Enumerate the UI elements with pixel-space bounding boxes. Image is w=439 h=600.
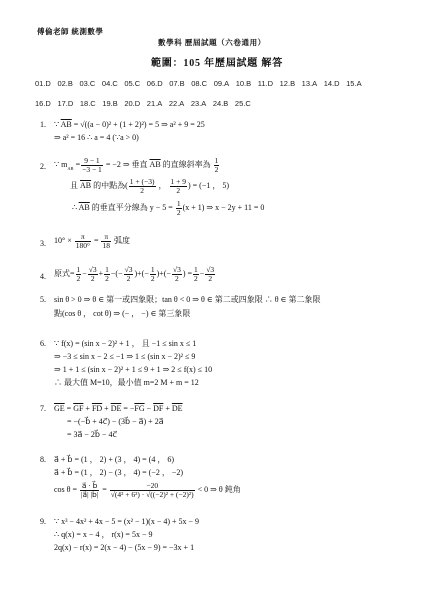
answer-item: 16.D — [35, 99, 51, 108]
problem-number: 9. — [40, 518, 46, 526]
text: 且 — [70, 181, 80, 190]
denominator: 2 — [193, 275, 199, 283]
segment: FD — [92, 404, 102, 413]
answer-item: 15.A — [346, 79, 361, 88]
text: 弧度 — [112, 236, 130, 245]
denominator: 2 — [176, 209, 182, 217]
text: − — [82, 269, 87, 278]
text: ∵ m — [54, 160, 67, 169]
text: = −2 ⇒ 垂直 — [104, 160, 150, 169]
text: < 0 ⇒ θ 鈍角 — [196, 485, 241, 494]
problem-number: 2. — [40, 163, 46, 171]
fraction: 12 — [104, 266, 110, 283]
text: 原式= — [54, 269, 75, 278]
denominator: 2 — [214, 166, 220, 174]
denominator: 2 — [76, 275, 82, 283]
teacher-header: 傅倫老師 統測數學 — [37, 26, 103, 37]
answer-item: 17.D — [57, 99, 73, 108]
denominator: 2 — [150, 275, 156, 283]
problem-number: 8. — [40, 456, 46, 464]
answer-item: 02.B — [57, 79, 72, 88]
problem-number: 7. — [40, 405, 46, 413]
problem-number: 3. — [40, 240, 46, 248]
answer-item: 07.B — [169, 79, 184, 88]
fraction: √32 — [205, 266, 215, 283]
answer-item: 01.D — [35, 79, 51, 88]
segment-ab: AB — [61, 120, 72, 129]
fraction: 1 + (−3)2 — [129, 178, 156, 195]
problem-number: 5. — [40, 296, 46, 304]
segment: DE — [111, 404, 122, 413]
text: 的直線斜率為 — [161, 160, 213, 169]
fraction: 9 − 1−3 − 1 — [81, 157, 103, 174]
answer-item: 14.D — [324, 79, 340, 88]
text: − — [200, 269, 205, 278]
answer-item: 12.B — [280, 79, 295, 88]
denominator: −3 − 1 — [81, 166, 103, 174]
answer-item: 23.A — [191, 99, 206, 108]
text: = — [100, 485, 109, 494]
solution-line: ⇒ −3 ≤ sin x − 2 ≤ −1 ⇒ 1 ≤ (sin x − 2)²… — [54, 353, 195, 361]
answer-item: 18.C — [80, 99, 96, 108]
fraction: 12 — [193, 266, 199, 283]
fraction: 1 + 92 — [170, 178, 187, 195]
solution-line: ∴ q(x) = x − 4 ， r(x) = 5x − 9 — [54, 531, 152, 539]
fraction: √32 — [88, 266, 98, 283]
solution-line: ∴ AB 的垂直平分線為 y − 5 = 12(x + 1) ⇒ x − 2y … — [72, 200, 264, 217]
text: = — [92, 236, 101, 245]
fraction: √32 — [124, 266, 134, 283]
fraction: a⃗ · b⃗|a⃗| |b⃗| — [80, 482, 99, 499]
segment-ab: AB — [79, 203, 90, 212]
text: + — [102, 404, 111, 413]
segment-ab: AB — [150, 160, 161, 169]
denominator: √(4² + 6²) · √((−2)² + (−2)²) — [110, 491, 195, 499]
text: 的垂直平分線為 y − 5 = — [90, 203, 175, 212]
answer-item: 05.C — [124, 79, 140, 88]
solution-line: 點(cos θ ， cot θ) ⇒ (− ， −) ∈ 第三象限 — [54, 310, 190, 318]
text: ) = — [183, 269, 192, 278]
text: )+(− — [157, 269, 171, 278]
text: ∵ — [54, 120, 61, 129]
fraction: π18 — [101, 233, 111, 250]
problem-number: 4. — [40, 273, 46, 281]
answer-key-row-1: 01.D02.B03.C04.C05.C06.D07.B08.C09.A10.B… — [35, 79, 368, 88]
solution-line: a⃗ + b⃗ = (1 ， 2) − (3 ， 4) = (−2 ， −2) — [54, 469, 183, 477]
subscript: AB — [67, 166, 73, 171]
solution-line: a⃗ + b⃗ = (1 ， 2) + (3 ， 4) = (4 ， 6) — [54, 456, 174, 464]
answer-item: 06.D — [147, 79, 163, 88]
solution-line: ∵ x³ − 4x² + 4x − 5 = (x² − 1)(x − 4) + … — [54, 518, 199, 526]
segment: FG — [134, 404, 144, 413]
solution-line: ∵ f(x) = (sin x − 2)² + 1 ， 且 −1 ≤ sin x… — [54, 340, 196, 348]
fraction: 12 — [214, 157, 220, 174]
fraction: −20√(4² + 6²) · √((−2)² + (−2)²) — [110, 482, 195, 499]
answer-item: 11.D — [258, 79, 273, 88]
answer-item: 09.A — [214, 79, 229, 88]
solution-line: GE = GF + FD + DE = −FG − DF + DE — [54, 405, 183, 413]
denominator: 2 — [88, 275, 98, 283]
answer-item: 04.C — [102, 79, 118, 88]
segment: DF — [153, 404, 163, 413]
answer-item: 03.C — [79, 79, 95, 88]
answer-item: 24.B — [213, 99, 228, 108]
denominator: 2 — [124, 275, 134, 283]
text: + — [163, 404, 172, 413]
text: 的中點為( — [91, 181, 128, 190]
answer-item: 10.B — [236, 79, 251, 88]
problem-number: 1. — [40, 121, 46, 129]
fraction: π180° — [75, 233, 91, 250]
text: = — [65, 404, 74, 413]
solution-line: ∵ AB = √((a − 0)² + (1 + 2)²) = 5 ⇒ a² +… — [54, 121, 205, 129]
segment: GE — [54, 404, 65, 413]
solution-line: ⇒ a² = 16 ∴ a = 4 (∵a > 0) — [54, 134, 139, 142]
segment: DE — [172, 404, 183, 413]
solution-line: 2q(x) − r(x) = 2(x − 4) − (5x − 9) = −3x… — [54, 544, 194, 552]
text: 10° × — [54, 236, 74, 245]
answer-key-row-2: 16.D17.D18.C19.B20.D21.A22.A23.A24.B25.C — [35, 99, 257, 108]
text: cos θ = — [54, 485, 79, 494]
scope-title: 範圍：105 年歷屆試題 解答 — [151, 54, 283, 69]
text: ∴ — [72, 203, 79, 212]
answer-item: 25.C — [235, 99, 251, 108]
subject-title: 數學科 歷屆試題（六卷通用） — [158, 37, 266, 48]
fraction: √32 — [172, 266, 182, 283]
solution-line: 原式=12−√32+12−(−√32)+(−12)+(−√32) =12−√32 — [54, 266, 216, 283]
answer-item: 08.C — [191, 79, 207, 88]
denominator: 2 — [172, 275, 182, 283]
denominator: 18 — [101, 242, 111, 250]
solution-line: 10° × π180° = π18 弧度 — [54, 233, 130, 250]
text: = − — [121, 404, 134, 413]
solution-line: cos θ = a⃗ · b⃗|a⃗| |b⃗| = −20√(4² + 6²)… — [54, 482, 241, 499]
text: + — [83, 404, 92, 413]
text: − — [145, 404, 154, 413]
answer-item: 19.B — [102, 99, 117, 108]
text: = √((a − 0)² + (1 + 2)²) = 5 ⇒ a² + 9 = … — [72, 120, 205, 129]
answer-item: 22.A — [169, 99, 184, 108]
solution-line: ⇒ 1 + 1 ≤ (sin x − 2)² + 1 ≤ 9 + 1 ⇒ 2 ≤… — [54, 366, 212, 374]
segment: GF — [73, 404, 83, 413]
solution-line: = −(−b⃗ + 4c⃗) − (3b⃗ − a⃗) + 2a⃗ — [67, 418, 164, 426]
denominator: 2 — [129, 187, 156, 195]
solution-line: 且 AB 的中點為(1 + (−3)2 ， 1 + 92) = (−1 ， 5) — [70, 178, 229, 195]
denominator: 180° — [75, 242, 91, 250]
text: (x + 1) ⇒ x − 2y + 11 = 0 — [183, 203, 265, 212]
text: ) = (−1 ， 5) — [188, 181, 229, 190]
answer-item: 20.D — [124, 99, 140, 108]
answer-item: 21.A — [147, 99, 162, 108]
fraction: 12 — [176, 200, 182, 217]
text: )+(− — [134, 269, 148, 278]
solution-line: ∵ mAB =9 − 1−3 − 1 = −2 ⇒ 垂直 AB 的直線斜率為 1… — [54, 157, 220, 174]
denominator: 2 — [104, 275, 110, 283]
problem-number: 6. — [40, 340, 46, 348]
solution-line: ∴ 最大值 M=10，最小值 m=2 M + m = 12 — [54, 379, 199, 387]
answer-item: 13.A — [302, 79, 317, 88]
solution-line: = 3a⃗ − 2b⃗ − 4c⃗ — [67, 431, 117, 439]
denominator: 2 — [170, 187, 187, 195]
denominator: |a⃗| |b⃗| — [80, 491, 99, 499]
denominator: 2 — [205, 275, 215, 283]
text: −(− — [111, 269, 123, 278]
text: ， — [157, 181, 169, 190]
fraction: 12 — [150, 266, 156, 283]
segment-ab: AB — [80, 181, 91, 190]
fraction: 12 — [76, 266, 82, 283]
solution-line: sin θ > 0 ⇒ θ ∈ 第一或四象限；tan θ < 0 ⇒ θ ∈ 第… — [54, 296, 320, 304]
text: + — [99, 269, 104, 278]
